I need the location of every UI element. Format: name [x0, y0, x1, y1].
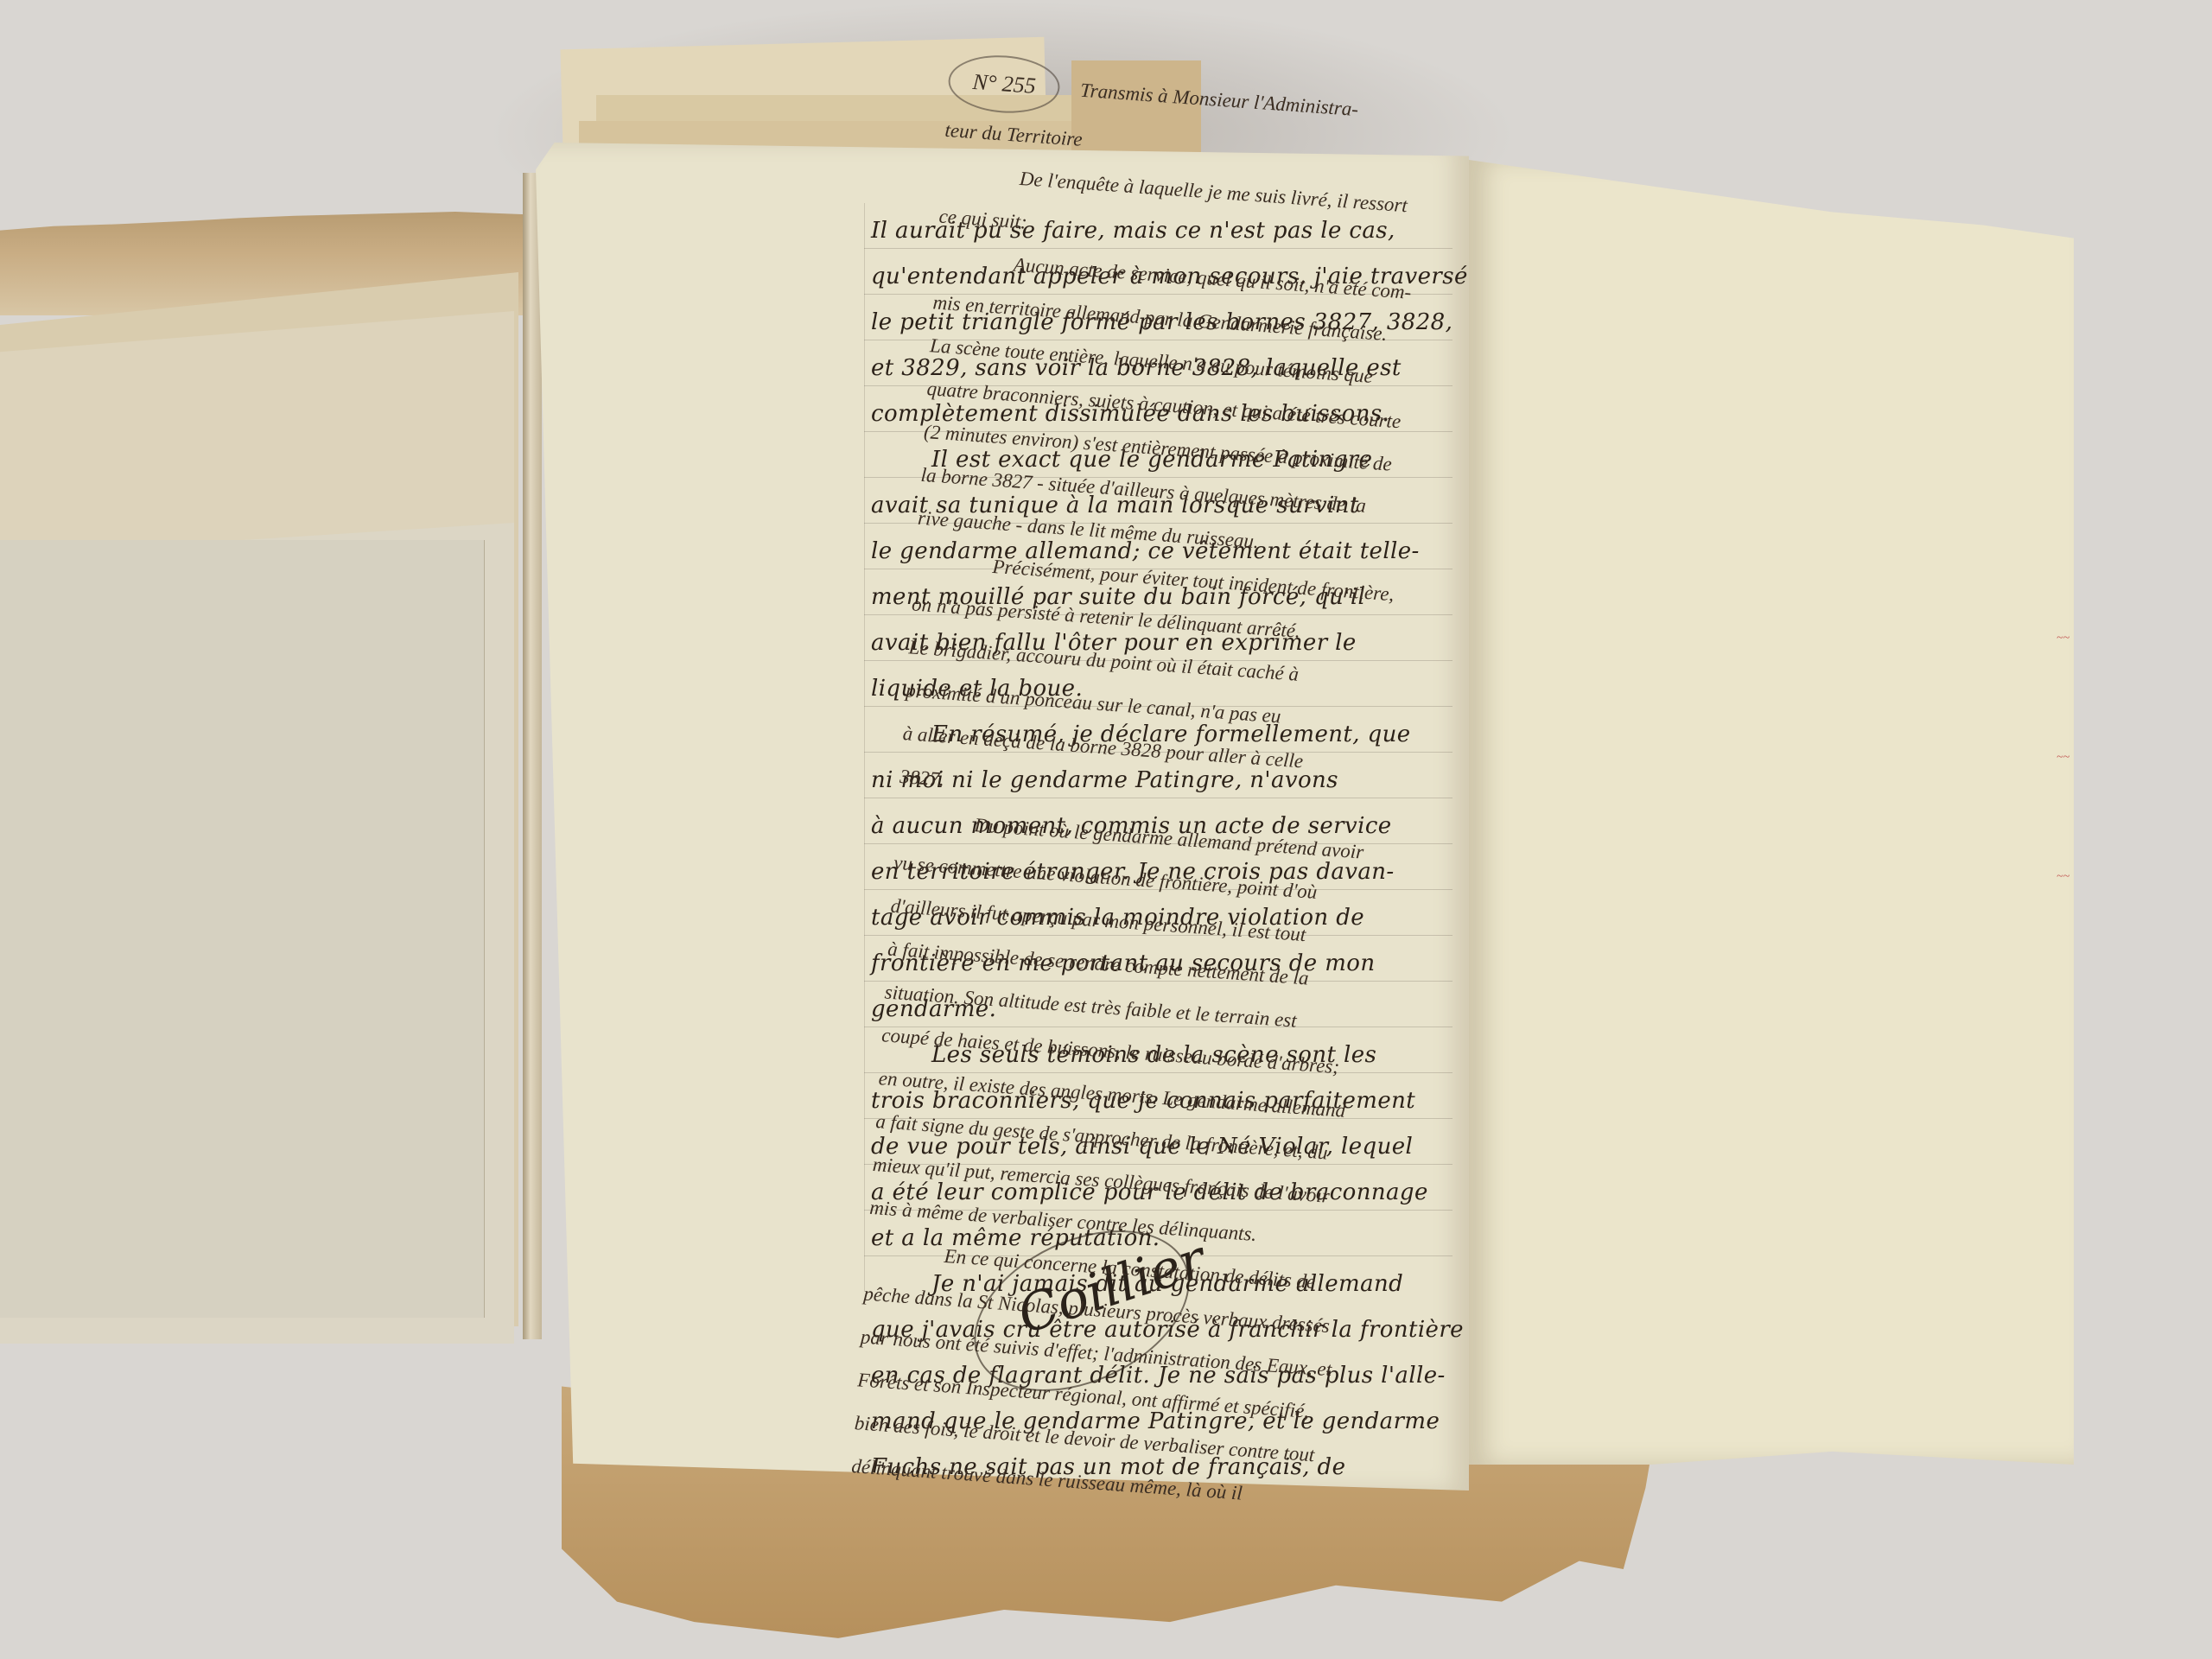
- reference-number: N° 255: [946, 52, 1062, 117]
- text-fragment: Transmis à Monsieur l'Administra-: [1079, 79, 1358, 120]
- left-inner-page: [0, 540, 485, 1318]
- red-annotation: ~~: [2056, 750, 2108, 766]
- left-folder-stack: [0, 212, 527, 1335]
- right-page-text: N° 255 Transmis à Monsieur l'Administra-…: [850, 52, 1503, 1527]
- red-annotation: ~~: [2056, 631, 2108, 646]
- red-annotation: ~~: [2056, 869, 2108, 885]
- red-margin-notes: ~~ ~~ ~~: [2056, 631, 2108, 988]
- right-page: [1469, 160, 2074, 1465]
